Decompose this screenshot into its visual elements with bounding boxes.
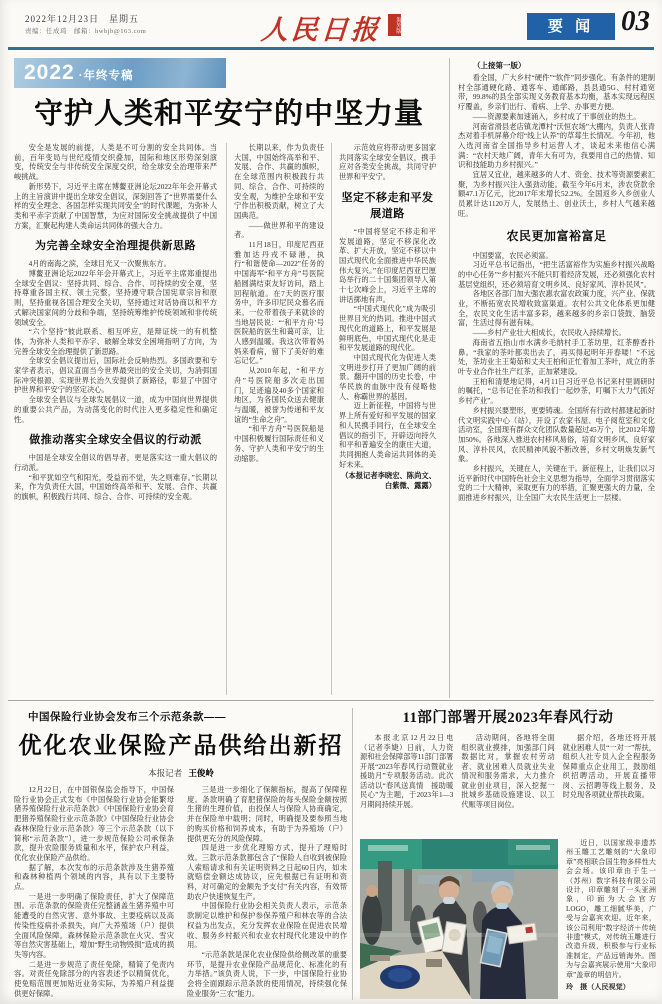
feature-col1-body: 4月的南海之滨，全球目光又一次聚焦东方。博鳌亚洲论坛2022年年会开幕式上，习近… — [14, 259, 217, 424]
paragraph: ——乡村产业壮大相成长，农民收入持续增长。 — [458, 328, 655, 338]
photo-caption: 近日，以国家级非遗苏州玉雕工艺雕刻的“大象印章”亮相联合国生物多样性大会会场。该… — [566, 839, 656, 999]
paragraph: 二是进一步规范了责任免除，精简了免责内容。对责任免除部分的内容表述予以精简优化，… — [14, 960, 174, 997]
insurance-col-2: 三是进一步细化了保额指标，提高了保障程度。条款明确了育肥猪保险的每头保险金额按照… — [187, 785, 347, 997]
caption-text: 近日，以国家级非遗苏州玉雕工艺雕刻的“大象印章”亮相联合国生物多样性大会会场。该… — [566, 839, 656, 980]
feature-columns: 安全是发展的前提，人类是不可分割的安全共同体。当前，百年变局与世纪疫情交织叠加，… — [14, 143, 444, 695]
paragraph: 活动期间，各地将全面组织就业摸排，加强部门间数据比对，掌握农村劳动者、就业困难人… — [461, 734, 554, 810]
paragraph: “中国式现代化”成为吸引世界目光的热词。推进中国式现代化的道路上，和平发展是鲜明… — [339, 304, 436, 353]
newspaper-page: 2022年12月23日 星期五 责编：任成琦 邮箱：hwbjb@163.com … — [0, 0, 662, 1004]
feature-subhead-2: 做推动落实全球安全倡议的行动派 — [14, 431, 217, 447]
paragraph: 四是进一步优化理赔方式，提升了理赔时效。三款示范条款都包含了“保险人自收到被保险… — [187, 843, 347, 901]
paragraph: 据了解，本次发布的示范条款涉及生猪养殖和森林种植两个领域的内容，具有以下主要特点… — [14, 863, 174, 892]
paragraph: 本报北京12月22日电（记者李婕）日前，人力资源和社会保障部等11部门部署开展“… — [360, 734, 453, 810]
paragraph: 新形势下，习近平主席在博鳌亚洲论坛2022年年会开幕式上的主旨演讲中提出全球安全… — [14, 182, 217, 231]
byline-name: 王俊岭 — [188, 768, 214, 778]
paragraph: 乡村振兴要塑形，更要铸魂。全国所有行政村都建起新时代文明实践中心（站），开设了农… — [458, 406, 655, 464]
paragraph: 王柏和清楚地记得，4月11日习近平总书记来村里调研时的嘱托，“总书记在茶坊和我们… — [458, 377, 655, 406]
banner-year: 2022 — [24, 61, 75, 85]
paragraph: 海南省五指山市水满乡毛纳村手工茶坊里，红茶醇香扑鼻。“我家的茶叶都卖出去了，再买… — [458, 338, 655, 377]
feature-col-3: 示范效应将带动更多国家共同落实全球安全倡议，携手应对各类安全挑战，共同守护世界和… — [332, 143, 436, 695]
page-number: 03 — [621, 5, 650, 38]
paragraph: 一是进一步明确了保险责任，扩大了保障范围。示范条款的保险责任完整涵盖生猪养殖中可… — [14, 892, 174, 960]
paragraph: 全球安全倡议与全球发展倡议一道，成为中国向世界提供的重要公共产品，为动荡变化的时… — [14, 395, 217, 424]
feature-col3-top: 示范效应将带动更多国家共同落实全球安全倡议，携手应对各类安全挑战，共同守护世界和… — [339, 143, 436, 182]
year-end-banner: 2022 ·年终专稿 — [14, 58, 226, 88]
paragraph: 据介绍，各地还将开展就业困难人员“一对一”帮扶，组织人社专员入企全程服务保障重点… — [563, 734, 656, 801]
paragraph: 示范效应将带动更多国家共同落实全球安全倡议，携手应对各类安全挑战，共同守护世界和… — [339, 143, 436, 182]
column-rule — [449, 58, 450, 698]
chunfeng-col-2: 活动期间，各地将全面组织就业摸排，加强部门间数据比对，掌握农村劳动者、就业困难人… — [461, 734, 554, 834]
feature-subhead-1: 为完善全球安全治理提供新思路 — [14, 237, 217, 253]
chunfeng-headline: 11部门部署开展2023年春风行动 — [360, 706, 656, 727]
section-divider — [8, 700, 654, 701]
feature-byline: （本报记者李晓宏、陈尚文、白紫微、露露） — [339, 471, 436, 490]
paragraph: 11月18日，印度尼西亚雅加达丹戎不碌港，执行“和谐使命—2022”任务的中国海… — [234, 240, 324, 366]
insurance-headline: 优化农业保险产品供给出新招 — [14, 727, 348, 760]
insurance-article: 中国保险行业协会发布三个示范条款—— 优化农业保险产品供给出新招 本报记者 王俊… — [14, 709, 348, 1001]
insurance-columns: 12月22日，在中国银保监会指导下，中国保险行业协会正式发布《中国保险行业协会能… — [14, 785, 348, 997]
feature-subhead-3: 坚定不移走和平发展道路 — [339, 189, 436, 221]
paragraph: 看全国，广大乡村“硬件”“软件”同步强化。有条件的建制村全部通硬化路、通客车、通… — [458, 73, 655, 112]
paragraph: 中国要富，农民必须富。 — [458, 251, 655, 261]
section-label: 要 闻 — [527, 13, 615, 40]
feature-col-1: 安全是发展的前提，人类是不可分割的安全共同体。当前，百年变局与世纪疫情交织叠加，… — [14, 143, 227, 695]
jump-paras-2: 中国要富，农民必须富。习近平总书记指出，“把生活富裕作为实施乡村振兴战略的中心任… — [458, 251, 655, 503]
feature-col3-body: “中国将坚定不移走和平发展道路，坚定不移深化改革、扩大开放，坚定不移以中国式现代… — [339, 227, 436, 470]
paragraph: “示范条款是深化农业保险供给侧改革的重要环节，是提升农业保险产品规范化、标准化的… — [187, 950, 347, 997]
chunfeng-col-1: 本报北京12月22日电（记者李婕）日前，人力资源和社会保障部等11部门部署开展“… — [360, 734, 453, 834]
byline-label: 本报记者 — [148, 768, 182, 778]
insurance-byline: 本报记者 王俊岭 — [14, 767, 348, 779]
paragraph: “六个坚持”彼此联系、相互呼应，是辩证统一的有机整体，为弥补人类和平赤字、破解全… — [14, 327, 217, 356]
paragraph: 安全是发展的前提，人类是不可分割的安全共同体。当前，百年变局与世纪疫情交织叠加，… — [14, 143, 217, 182]
edition-seal-icon: 海外版 — [388, 14, 401, 36]
jump-subhead: 农民更加富裕富足 — [458, 227, 655, 244]
feature-col1-lead: 安全是发展的前提，人类是不可分割的安全共同体。当前，百年变局与世纪疫情交织叠加，… — [14, 143, 217, 230]
photo-news: 近日，以国家级非遗苏州玉雕工艺雕刻的“大象印章”亮相联合国生物多样性大会会场。该… — [360, 839, 656, 999]
feature-col2-body: 长期以来，作为负责任大国，中国始终高举和平、发展、合作、共赢的旗帜，在全球范围内… — [234, 143, 324, 463]
masthead-logo: 人民日报 — [260, 8, 383, 47]
paragraph: “中国将坚定不移走和平发展道路，坚定不移深化改革、扩大开放，坚定不移以中国式现代… — [339, 227, 436, 305]
paragraph: ——资源要素加速涌入，乡村成了干事创业的热土。 — [458, 112, 655, 122]
feature-col1-tail: 中国是全球安全倡议的倡导者，更是落实这一重大倡议的行动派。“和平犹如空气和阳光，… — [14, 453, 217, 502]
paragraph: 三是进一步细化了保额指标，提高了保障程度。条款明确了育肥猪保险的每头保险金额按照… — [187, 785, 347, 843]
paragraph: 乡村振兴，关键在人，关键在干。新征程上，让我们以习近平新时代中国特色社会主义思想… — [458, 464, 655, 503]
feature-article: 2022 ·年终专稿 守护人类和平安宁的中坚力量 安全是发展的前提，人类是不可分… — [14, 58, 444, 698]
paragraph: 宜居又宜业，越来越多的人才、资金、技术等资源要素汇聚，为乡村振兴注入强劲动能。截… — [458, 170, 655, 219]
chunfeng-col-3: 据介绍，各地还将开展就业困难人员“一对一”帮扶，组织人社专员入企全程服务保障重点… — [563, 734, 656, 834]
conference-photo — [360, 839, 558, 999]
paragraph: “和平犹如空气和阳光，受益而不觉，失之则难存。”长期以来，作为负责任大国，中国始… — [14, 473, 217, 502]
paragraph: 全球安全倡议提出后，国际社会反响热烈。多国政要和专家学者表示，倡议直面当今世界最… — [14, 356, 217, 395]
caption-credit: 玲 摄（人民视觉） — [566, 983, 656, 992]
paragraph: 中国保险行业协会相关负责人表示，示范条款制定以维护和保护参保养殖户和林农等的合法… — [187, 901, 347, 950]
jump-paras-1: 看全国，广大乡村“硬件”“软件”同步强化。有条件的建制村全部通硬化路、通客车、通… — [458, 73, 655, 219]
paragraph: 长期以来，作为负责任大国，中国始终高举和平、发展、合作、共赢的旗帜，在全球范围内… — [234, 143, 324, 221]
paragraph: 中国是全球安全倡议的倡导者，更是落实这一重大倡议的行动派。 — [14, 453, 217, 472]
paragraph: 迈上新征程，中国将与世界上所有爱好和平发展的国家和人民携手同行，在全球安全倡议的… — [339, 401, 436, 469]
insurance-kicker: 中国保险行业协会发布三个示范条款—— — [14, 709, 348, 724]
jump-article: （上接第一版） 看全国，广大乡村“硬件”“软件”同步强化。有条件的建制村全部通硬… — [458, 60, 655, 696]
paragraph: 12月22日，在中国银保监会指导下，中国保险行业协会正式发布《中国保险行业协会能… — [14, 785, 174, 863]
paragraph: 各地区各部门加大强农惠农富农政策力度，兴产业、保就业，不断拓宽农民增收致富渠道。… — [458, 289, 655, 328]
column-rule — [352, 708, 353, 1000]
feature-headline: 守护人类和平安宁的中坚力量 — [14, 96, 444, 132]
paragraph: “和平方舟”号医院船是中国积极履行国际责任和义务、守护人类和平安宁的生动缩影。 — [234, 424, 324, 463]
feature-col-2: 长期以来，作为负责任大国，中国始终高举和平、发展、合作、共赢的旗帜，在全球范围内… — [227, 143, 332, 695]
chunfeng-columns: 本报北京12月22日电（记者李婕）日前，人力资源和社会保障部等11部门部署开展“… — [360, 734, 656, 834]
paragraph: ——做世界和平的建设者。 — [234, 221, 324, 240]
paragraph: 中国式现代化为促进人类文明进步打开了更加广阔的前景。翻开中国的历史长卷，中华民族… — [339, 353, 436, 402]
banner-tag: ·年终专稿 — [79, 67, 134, 83]
paragraph: 4月的南海之滨，全球目光又一次聚焦东方。 — [14, 259, 217, 269]
paragraph: 从2010年起，“和平方舟”号医院船多次走出国门，足迹遍及40多个国家和地区，为… — [234, 366, 324, 424]
insurance-col-1: 12月22日，在中国银保监会指导下，中国保险行业协会正式发布《中国保险行业协会能… — [14, 785, 174, 997]
paragraph: 河南省滑县老店镇龙潭村“沃恒农场”大棚内，负责人张青杰对着手机屏幕介绍“线上认养… — [458, 122, 655, 171]
chunfeng-article: 11部门部署开展2023年春风行动 本报北京12月22日电（记者李婕）日前，人力… — [360, 706, 656, 999]
paragraph: 习近平总书记指出，“把生活富裕作为实施乡村振兴战略的中心任务”“乡村振兴不能只盯… — [458, 260, 655, 289]
paragraph: 博鳌亚洲论坛2022年年会开幕式上，习近平主席郑重提出全球安全倡议：坚持共同、综… — [14, 269, 217, 327]
jump-note: （上接第一版） — [458, 60, 655, 71]
header-rule — [8, 47, 654, 50]
